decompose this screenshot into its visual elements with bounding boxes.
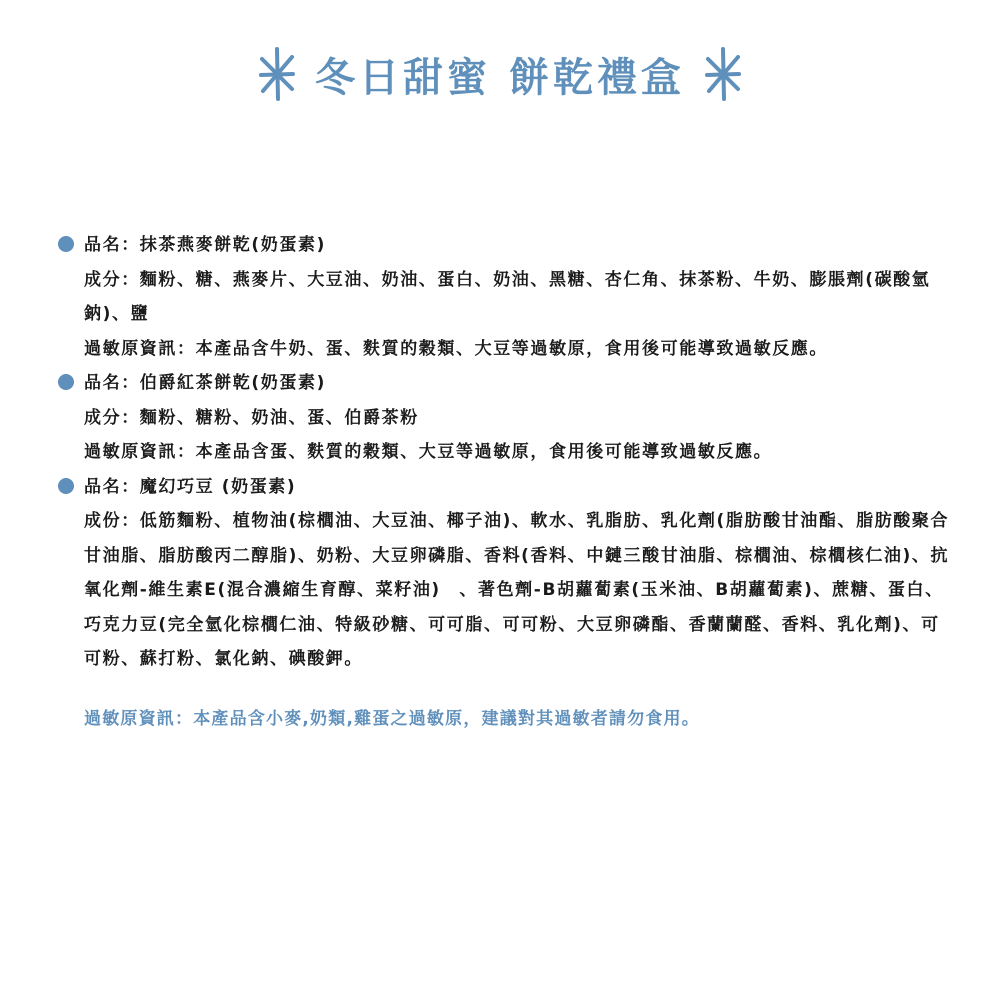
product-allergen: 過敏原資訊：本產品含蛋、麩質的穀類、大豆等過敏原，食用後可能導致過敏反應。 [84, 435, 958, 470]
allergen-footer-note: 過敏原資訊：本產品含小麥,奶類,雞蛋之過敏原，建議對其過敏者請勿食用。 [84, 704, 700, 734]
page-header: 冬日甜蜜 餅乾禮盒 [0, 40, 1000, 108]
product-allergen: 過敏原資訊：本產品含牛奶、蛋、麩質的穀類、大豆等過敏原，食用後可能導致過敏反應。 [84, 332, 958, 367]
product-name: 品名：伯爵紅茶餅乾(奶蛋素) [84, 366, 958, 401]
product-item: 品名：抹茶燕麥餅乾(奶蛋素) 成分：麵粉、糖、燕麥片、大豆油、奶油、蛋白、奶油、… [58, 228, 958, 366]
bullet-icon [58, 236, 74, 252]
product-item: 品名：魔幻巧豆 (奶蛋素) 成份：低筋麵粉、植物油(棕櫚油、大豆油、椰子油)、軟… [58, 470, 958, 677]
bullet-icon [58, 478, 74, 494]
bullet-icon [58, 374, 74, 390]
product-ingredients: 成份：低筋麵粉、植物油(棕櫚油、大豆油、椰子油)、軟水、乳脂肪、乳化劑(脂肪酸甘… [84, 504, 958, 677]
product-list: 品名：抹茶燕麥餅乾(奶蛋素) 成分：麵粉、糖、燕麥片、大豆油、奶油、蛋白、奶油、… [58, 228, 958, 677]
product-ingredients: 成分：麵粉、糖、燕麥片、大豆油、奶油、蛋白、奶油、黑糖、杏仁角、抹茶粉、牛奶、膨… [84, 263, 958, 332]
page-title: 冬日甜蜜 餅乾禮盒 [315, 46, 685, 103]
product-name: 品名：魔幻巧豆 (奶蛋素) [84, 470, 958, 505]
product-name: 品名：抹茶燕麥餅乾(奶蛋素) [84, 228, 958, 263]
product-item: 品名：伯爵紅茶餅乾(奶蛋素) 成分：麵粉、糖粉、奶油、蛋、伯爵茶粉 過敏原資訊：… [58, 366, 958, 470]
product-ingredients: 成分：麵粉、糖粉、奶油、蛋、伯爵茶粉 [84, 401, 958, 436]
snowflake-icon [257, 45, 297, 103]
snowflake-icon [703, 45, 743, 103]
